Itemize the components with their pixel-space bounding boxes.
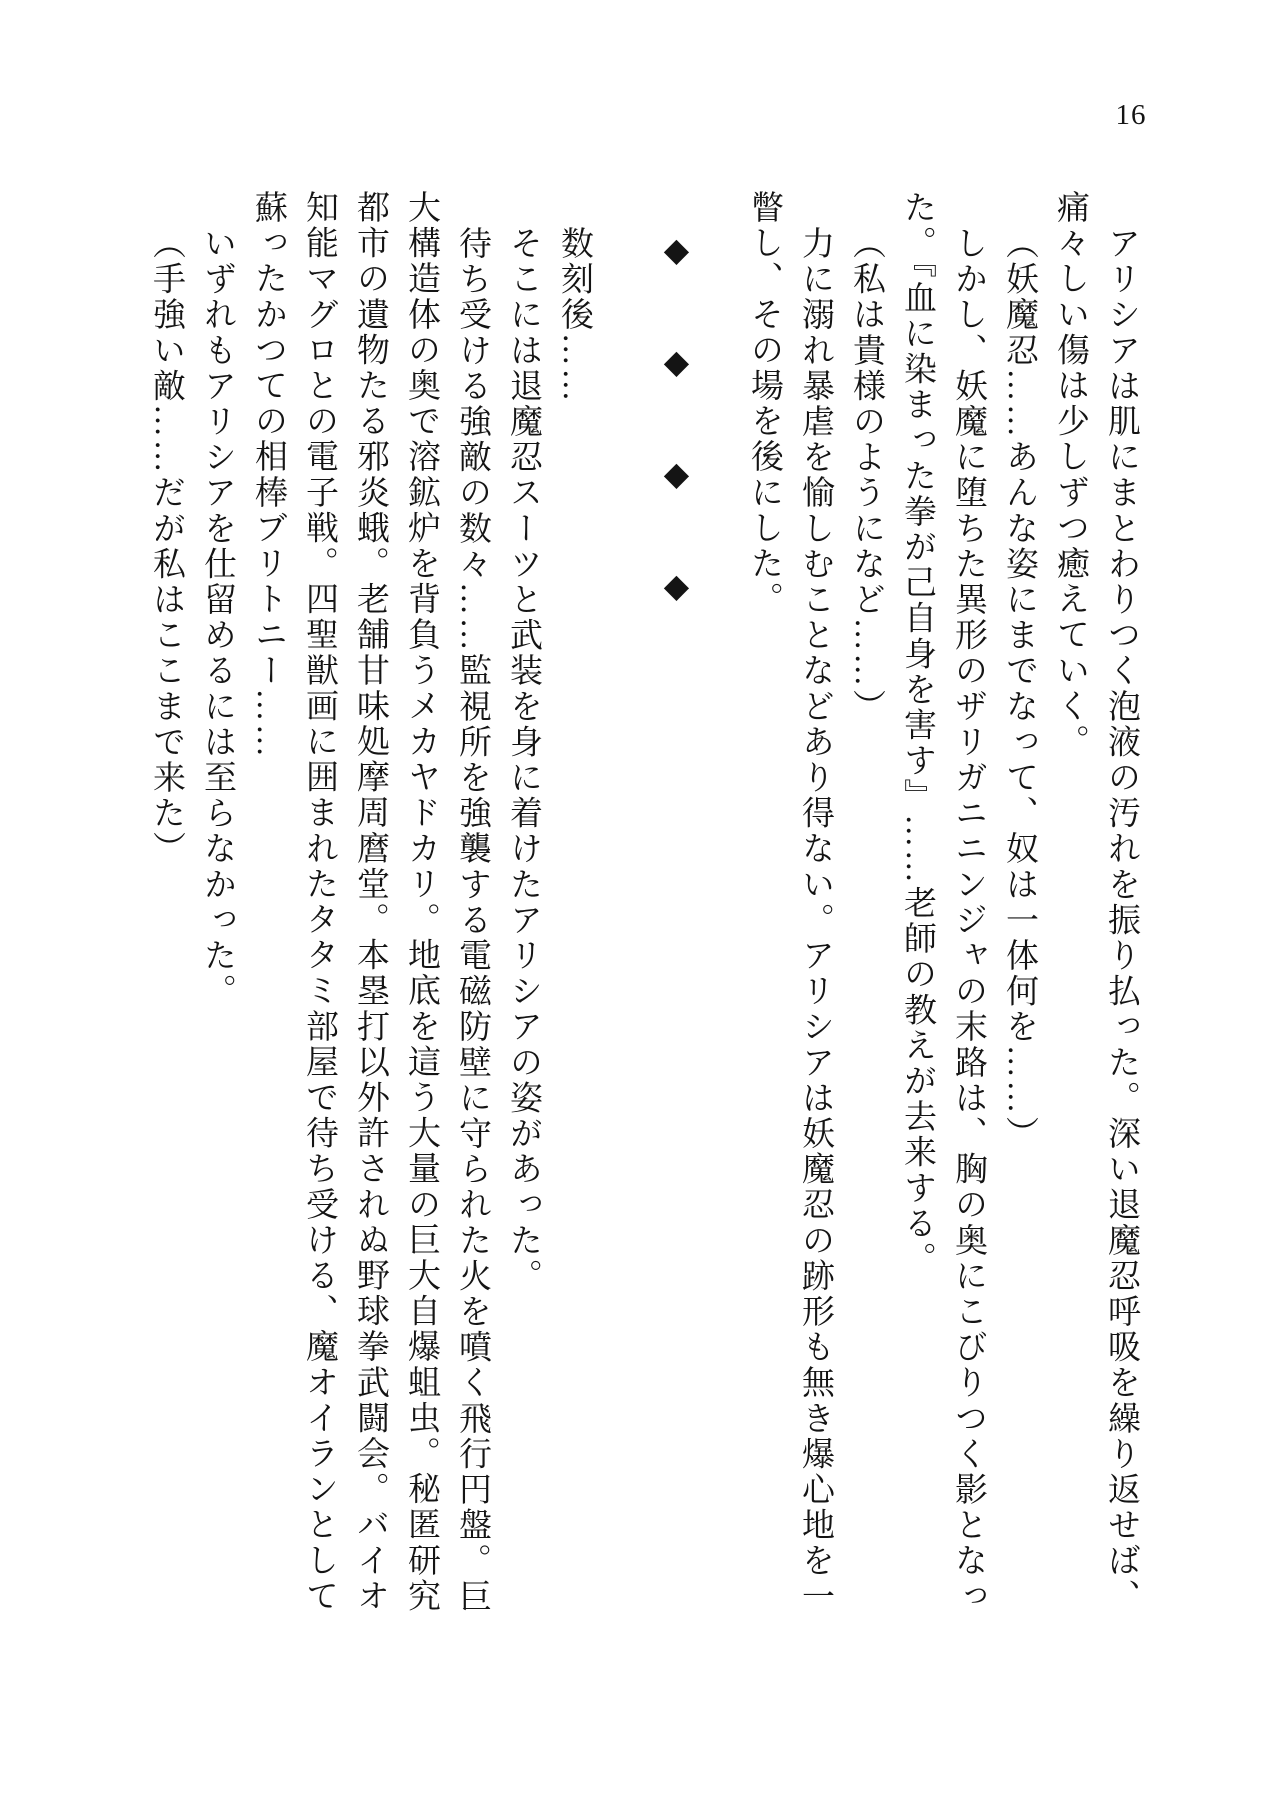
text-line: （手強い敵……だが私はここまで来た） (140, 190, 191, 1614)
text-line: いずれもアリシアを仕留めるには至らなかった。 (191, 190, 242, 1614)
text-line: 知能マグロとの電子戦。四聖獣画に囲まれたタタミ部屋で待ち受ける、魔オイランとして (293, 190, 344, 1614)
text-line: 数刻後…… (548, 190, 599, 1614)
text-line: 痛々しい傷は少しずつ癒えていく。 (1044, 190, 1095, 1614)
text-line: （私は貴様のようになど……） (840, 190, 891, 1614)
book-page: 16 アリシアは肌にまとわりつく泡液の汚れを振り払った。深い退魔忍呼吸を繰り返せ… (0, 0, 1280, 1808)
text-line: 瞥し、その場を後にした。 (738, 190, 789, 1614)
text-line: しかし、妖魔に堕ちた異形のザリガニニンジャの末路は、胸の奥にこびりつく影となっ (942, 190, 993, 1614)
section-separator: ◆ ◆ ◆ ◆ (649, 190, 700, 1614)
text-line: 都市の遺物たる邪炎蛾。老舗甘味処摩周麿堂。本塁打以外許されぬ野球拳武闘会。バイオ (344, 190, 395, 1614)
text-line: （妖魔忍……あんな姿にまでなって、奴は一体何を……） (993, 190, 1044, 1614)
text-line: 大構造体の奥で溶鉱炉を背負うメカヤドカリ。地底を這う大量の巨大自爆蛆虫。秘匿研究 (395, 190, 446, 1614)
page-number: 16 (1101, 100, 1161, 132)
text-line: アリシアは肌にまとわりつく泡液の汚れを振り払った。深い退魔忍呼吸を繰り返せば、 (1095, 190, 1146, 1614)
text-line: そこには退魔忍スーツと武装を身に着けたアリシアの姿があった。 (497, 190, 548, 1614)
text-line: 力に溺れ暴虐を愉しむことなどあり得ない。アリシアは妖魔忍の跡形も無き爆心地を一 (789, 190, 840, 1614)
text-area: アリシアは肌にまとわりつく泡液の汚れを振り払った。深い退魔忍呼吸を繰り返せば、痛… (140, 190, 1146, 1614)
text-line: た。『血に染まった拳が己自身を害す』……老師の教えが去来する。 (891, 190, 942, 1614)
text-line: 蘇ったかつての相棒ブリトニー…… (242, 190, 293, 1614)
text-line: 待ち受ける強敵の数々……監視所を強襲する電磁防壁に守られた火を噴く飛行円盤。巨 (446, 190, 497, 1614)
